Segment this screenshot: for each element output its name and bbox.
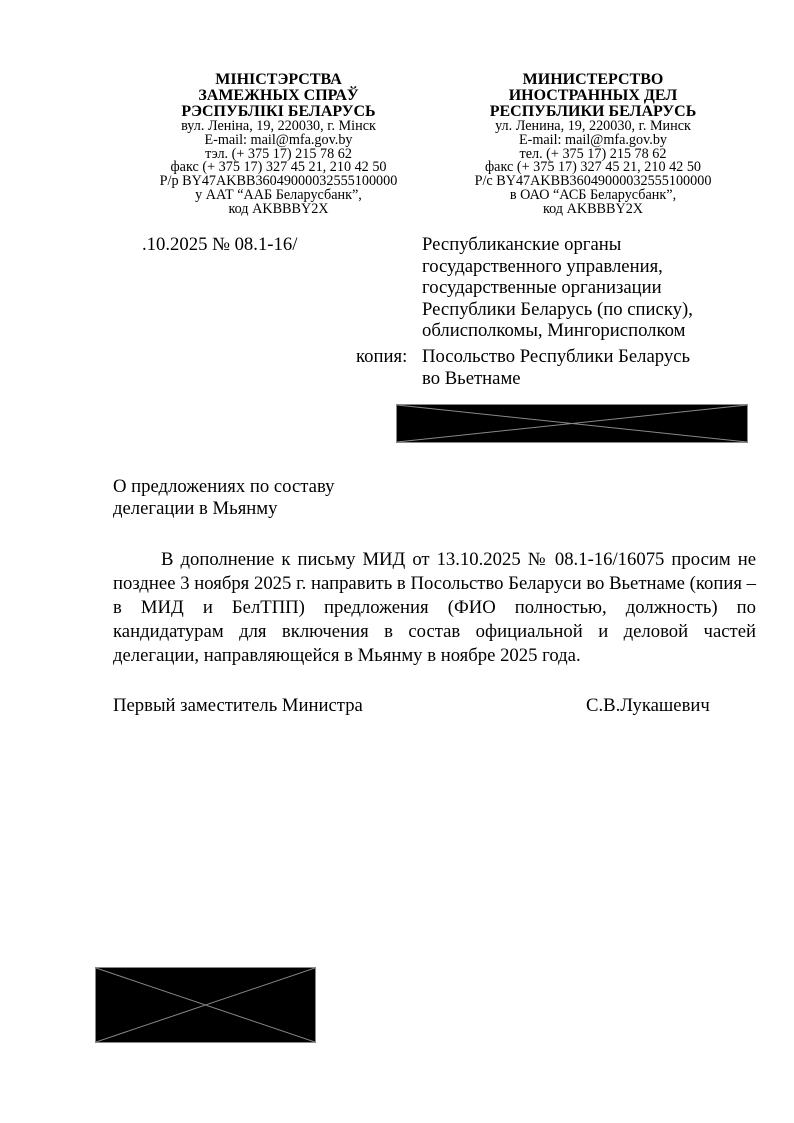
- redacted-block: [95, 967, 316, 1043]
- copy-addressee-line: Посольство Республики Беларусь: [422, 346, 690, 368]
- addressee-line: облисполкомы, Мингорисполком: [422, 320, 693, 342]
- ministry-title-line: МИНИСТЕРСТВО: [450, 72, 736, 88]
- copy-addressee-block: Посольство Республики Беларусь во Вьетна…: [422, 346, 690, 389]
- subject-line: О предложениях по составу: [113, 476, 334, 498]
- ministry-title-line: ЗАМЕЖНЫХ СПРАЎ: [140, 88, 417, 104]
- ministry-title-line: ИНОСТРАННЫХ ДЕЛ: [450, 88, 736, 104]
- subject-line: делегации в Мьянму: [113, 498, 334, 520]
- letterhead-belarusian: МІНІСТЭРСТВА ЗАМЕЖНЫХ СПРАЎ РЭСПУБЛІКІ Б…: [140, 72, 417, 217]
- bank-code-line: код AKBBBY2X: [450, 203, 736, 217]
- bank-code-line: код AKBBBY2X: [140, 203, 417, 217]
- letterhead-russian: МИНИСТЕРСТВО ИНОСТРАННЫХ ДЕЛ РЕСПУБЛИКИ …: [450, 72, 736, 217]
- addressee-line: государственные организации: [422, 277, 693, 299]
- copy-label: копия:: [356, 346, 407, 368]
- ministry-title-line: МІНІСТЭРСТВА: [140, 72, 417, 88]
- redacted-block: [396, 404, 748, 443]
- copy-addressee-line: во Вьетнаме: [422, 368, 690, 390]
- signatory-position: Первый заместитель Министра: [113, 695, 363, 717]
- document-reference-number: .10.2025 № 08.1-16/: [142, 234, 297, 256]
- addressee-line: Республики Беларусь (по списку),: [422, 299, 693, 321]
- letter-body: В дополнение к письму МИД от 13.10.2025 …: [113, 548, 756, 668]
- addressee-block: Республиканские органы государственного …: [422, 234, 693, 342]
- cross-icon: [96, 968, 315, 1042]
- subject-block: О предложениях по составу делегации в Мь…: [113, 476, 334, 519]
- addressee-line: Республиканские органы: [422, 234, 693, 256]
- addressee-line: государственного управления,: [422, 256, 693, 278]
- signatory-name: С.В.Лукашевич: [586, 695, 710, 717]
- cross-icon: [397, 405, 747, 442]
